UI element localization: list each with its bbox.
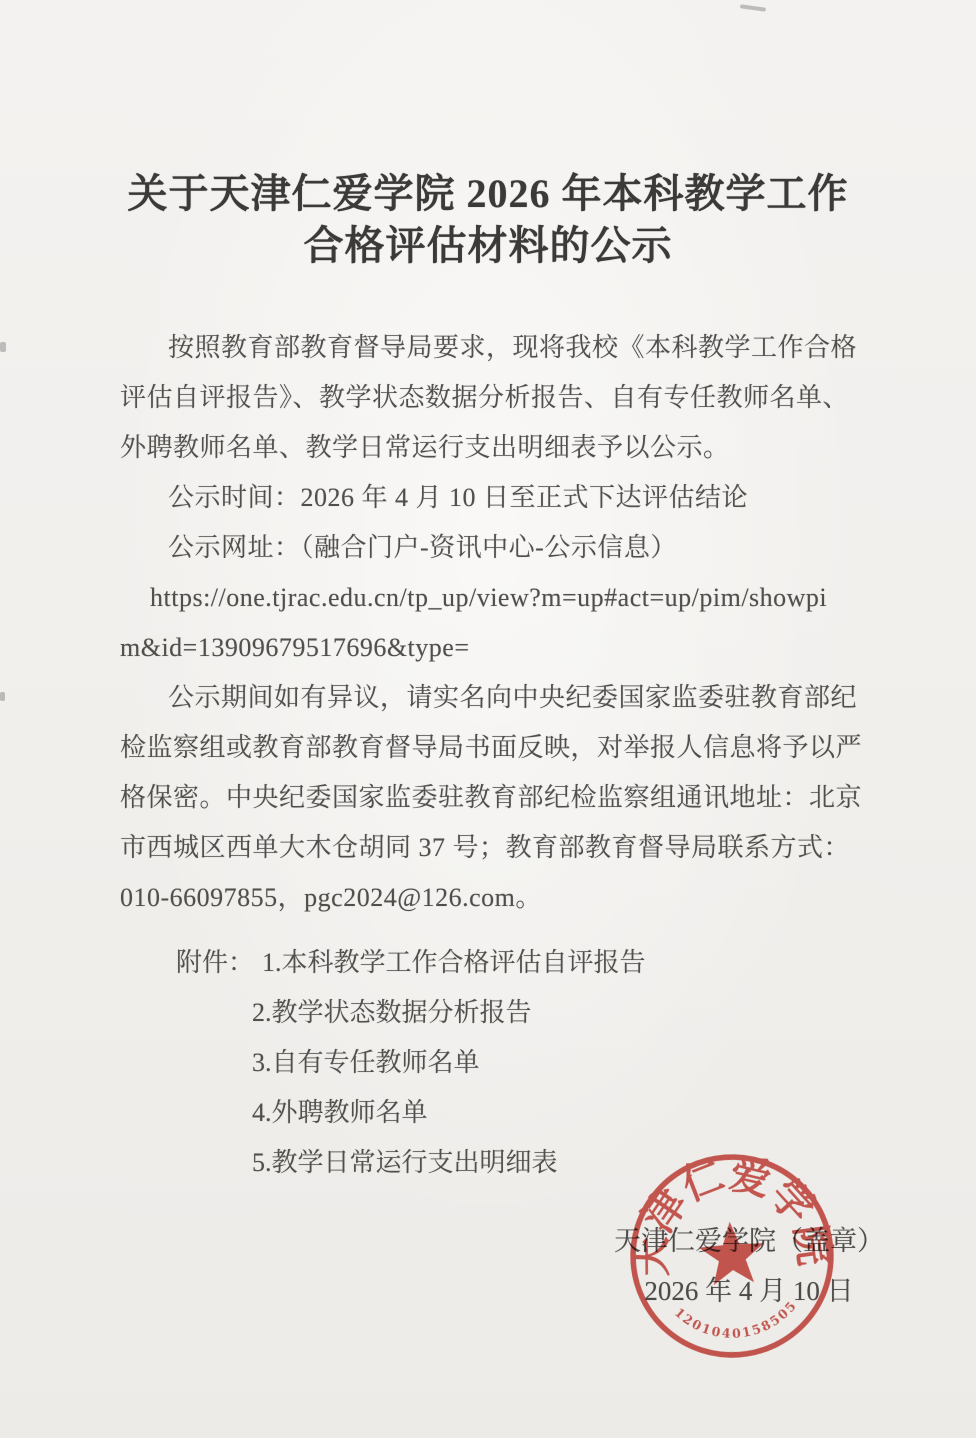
document-page: 关于天津仁爱学院 2026 年本科教学工作 合格评估材料的公示 按照教育部教育督… xyxy=(0,0,976,1438)
document-body: 按照教育部教育督导局要求，现将我校《本科教学工作合格 评估自评报告》、教学状态数… xyxy=(120,323,860,923)
attachments-label: 附件： xyxy=(176,948,254,977)
document-title: 关于天津仁爱学院 2026 年本科教学工作 合格评估材料的公示 xyxy=(0,0,976,272)
scan-artifact xyxy=(0,692,5,701)
attachment-item-2: 2.教学状态数据分析报告 xyxy=(120,988,860,1038)
attachment-item-4: 4.外聘教师名单 xyxy=(120,1088,860,1138)
contact-line: 010-66097855，pgc2024@126.com。 xyxy=(120,873,860,923)
body-line: 评估自评报告》、教学状态数据分析报告、自有专任教师名单、 xyxy=(120,373,860,423)
publication-url-line-2: m&id=13909679517696&type= xyxy=(120,623,860,673)
publication-time-line: 公示时间：2026 年 4 月 10 日至正式下达评估结论 xyxy=(120,473,860,523)
title-line-1: 关于天津仁爱学院 2026 年本科教学工作 xyxy=(0,168,976,220)
body-line: 公示期间如有异议，请实名向中央纪委国家监委驻教育部纪 xyxy=(120,673,860,723)
publication-site-line: 公示网址：（融合门户-资讯中心-公示信息） xyxy=(120,523,860,573)
attachment-item-1: 1.本科教学工作合格评估自评报告 xyxy=(262,948,646,977)
seal-star-icon xyxy=(697,1219,766,1285)
body-line: 外聘教师名单、教学日常运行支出明细表予以公示。 xyxy=(120,423,860,473)
scan-artifact xyxy=(0,342,6,352)
seal-serial-number: 1201040158505 xyxy=(671,1296,802,1345)
svg-text:1201040158505: 1201040158505 xyxy=(671,1296,802,1345)
body-line: 按照教育部教育督导局要求，现将我校《本科教学工作合格 xyxy=(120,323,860,373)
body-line: 格保密。中央纪委国家监委驻教育部纪检监察组通讯地址：北京 xyxy=(120,773,860,823)
publication-url-line-1: https://one.tjrac.edu.cn/tp_up/view?m=up… xyxy=(120,573,860,623)
official-seal-stamp: 天津仁爱学院 1201040158505 xyxy=(619,1143,845,1369)
attachment-row: 附件：1.本科教学工作合格评估自评报告 xyxy=(120,938,860,988)
attachment-item-3: 3.自有专任教师名单 xyxy=(120,1038,860,1088)
body-line: 检监察组或教育部教育督导局书面反映，对举报人信息将予以严 xyxy=(120,723,860,773)
body-line: 市西城区西单大木仓胡同 37 号；教育部教育督导局联系方式： xyxy=(120,823,860,873)
title-line-2: 合格评估材料的公示 xyxy=(0,220,976,272)
